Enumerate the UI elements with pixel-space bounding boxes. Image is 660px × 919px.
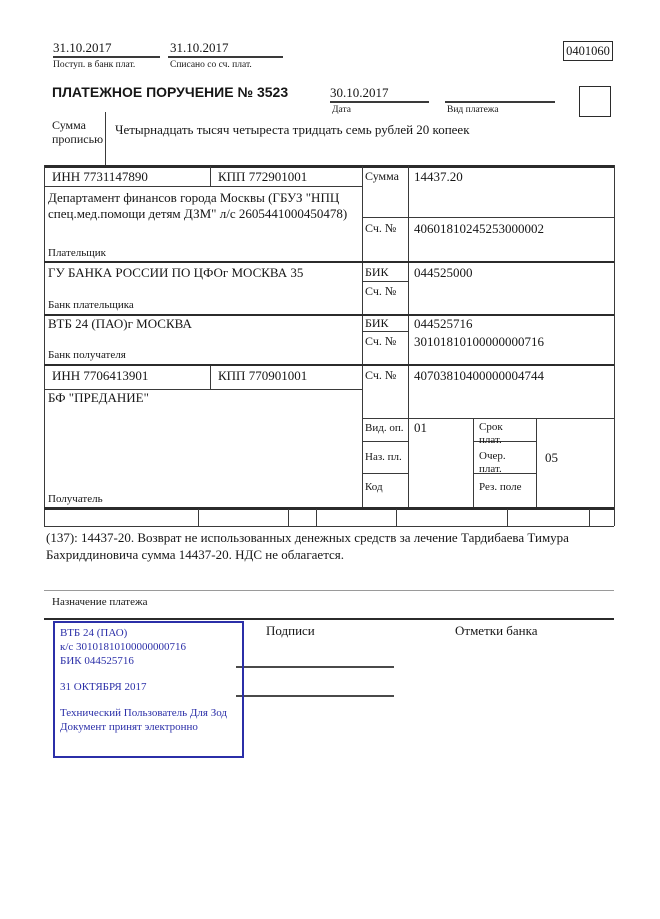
payment-purpose-text: (137): 14437-20. Возврат не использованн… [46,530,608,564]
signature-line-1 [236,666,394,668]
document-title: ПЛАТЕЖНОЕ ПОРУЧЕНИЕ № 3523 [52,84,288,100]
strip-divider-6 [589,509,590,526]
inn-kpp-divider-payer [210,166,211,186]
purpose-code-label: Наз. пл. [365,451,402,464]
payment-kind-box [579,86,611,117]
signatures-label: Подписи [266,624,315,639]
grid-row2-border-a [362,473,408,474]
strip-divider-3 [316,509,317,526]
payee-account: 40703810400000004744 [414,369,544,384]
payer-bank-bik-label: БИК [365,266,389,280]
payee-bank-section-border [44,364,614,366]
table-right-border [614,165,615,526]
amount-words-divider [105,112,106,166]
payee-bank-account-label: Сч. № [365,335,396,349]
stamp-bik: БИК 044525716 [60,655,238,669]
bank-stamp: ВТБ 24 (ПАО) к/с 30101810100000000716 БИ… [53,621,244,758]
grid-top-border [362,418,614,419]
payee-bank-name: ВТБ 24 (ПАО)г МОСКВА [48,317,192,332]
op-type-value: 01 [414,421,427,436]
payee-kpp: КПП 770901001 [218,369,307,384]
grid-row1-border-a [362,441,408,442]
date-debited-label: Списано со сч. плат. [170,60,252,71]
table-bottom-border [44,507,614,510]
priority-label: Очер. плат. [479,450,527,475]
stamp-accepted: Документ принят электронно [60,721,238,735]
grid-divider-2 [536,418,537,507]
amount-words-label: Сумма прописью [52,119,108,147]
inn-kpp-divider-payee [210,365,211,389]
payee-name: БФ "ПРЕДАНИЕ" [48,391,149,406]
payer-inn: ИНН 7731147890 [52,170,148,185]
payer-bank-label: Банк плательщика [48,299,134,312]
sum-account-divider [362,217,614,218]
stamp-date: 31 ОКТЯБРЯ 2017 [60,681,238,695]
signature-section-border [44,618,614,620]
payer-bank-bik: 044525000 [414,266,473,281]
stamp-user: Технический Пользователь Для Зод [60,707,238,721]
payer-account-label: Сч. № [365,222,396,236]
table-left-border [44,165,45,526]
strip-bottom-border [44,526,614,527]
payee-account-label: Сч. № [365,369,396,383]
payee-bank-account: 30101810100000000716 [414,335,544,350]
payment-kind-label: Вид платежа [447,105,499,116]
payer-inn-row-border [44,186,362,187]
payee-bank-bik-divider [362,331,408,332]
date-received: 31.10.2017 [53,41,112,56]
payer-bank-bik-divider [362,281,408,282]
date-received-label: Поступ. в банк плат. [53,60,135,71]
bank-marks-label: Отметки банка [455,624,538,639]
sum-value: 14437.20 [414,170,463,185]
payee-inn: ИНН 7706413901 [52,369,148,384]
amount-words-value: Четырнадцать тысяч четыреста тридцать се… [115,123,470,138]
payer-bank-name: ГУ БАНКА РОССИИ ПО ЦФОг МОСКВА 35 [48,266,303,281]
form-code-box: 0401060 [563,41,613,61]
form-code: 0401060 [566,44,610,59]
strip-divider-5 [507,509,508,526]
payer-bank-account-label: Сч. № [365,285,396,299]
stamp-corr-account: к/с 30101810100000000716 [60,641,238,655]
code-label: Код [365,481,383,494]
payment-order-document: 31.10.2017 31.10.2017 Поступ. в банк пла… [0,0,660,919]
strip-divider-4 [396,509,397,526]
document-date: 30.10.2017 [330,86,389,101]
payer-label: Плательщик [48,247,106,260]
payer-account: 40601810245253000002 [414,222,544,237]
payment-purpose-label: Назначение платежа [52,596,147,609]
date-debited-underline [168,56,283,58]
date-debited: 31.10.2017 [170,41,229,56]
pay-term-label: Срок плат. [479,421,527,446]
payer-name: Департамент финансов города Москвы (ГБУЗ… [48,190,358,222]
payee-bank-label: Банк получателя [48,349,126,362]
strip-divider-1 [198,509,199,526]
payer-section-border [44,261,614,263]
reserve-field-label: Рез. поле [479,481,521,494]
grid-divider-1 [473,418,474,507]
sum-label: Сумма [365,170,399,184]
payee-bank-bik: 044525716 [414,317,473,332]
strip-divider-2 [288,509,289,526]
table-top-border [44,165,614,168]
payee-label: Получатель [48,493,103,506]
purpose-field-border [44,590,614,591]
stamp-bank-name: ВТБ 24 (ПАО) [60,627,238,641]
payer-kpp: КПП 772901001 [218,170,307,185]
priority-value: 05 [545,451,558,466]
date-received-underline [53,56,160,58]
document-date-underline [330,101,429,103]
document-date-label: Дата [332,105,351,116]
signature-line-2 [236,695,394,697]
payment-kind-underline [445,101,555,103]
op-type-label: Вид. оп. [365,422,403,435]
payee-bank-bik-label: БИК [365,317,389,331]
